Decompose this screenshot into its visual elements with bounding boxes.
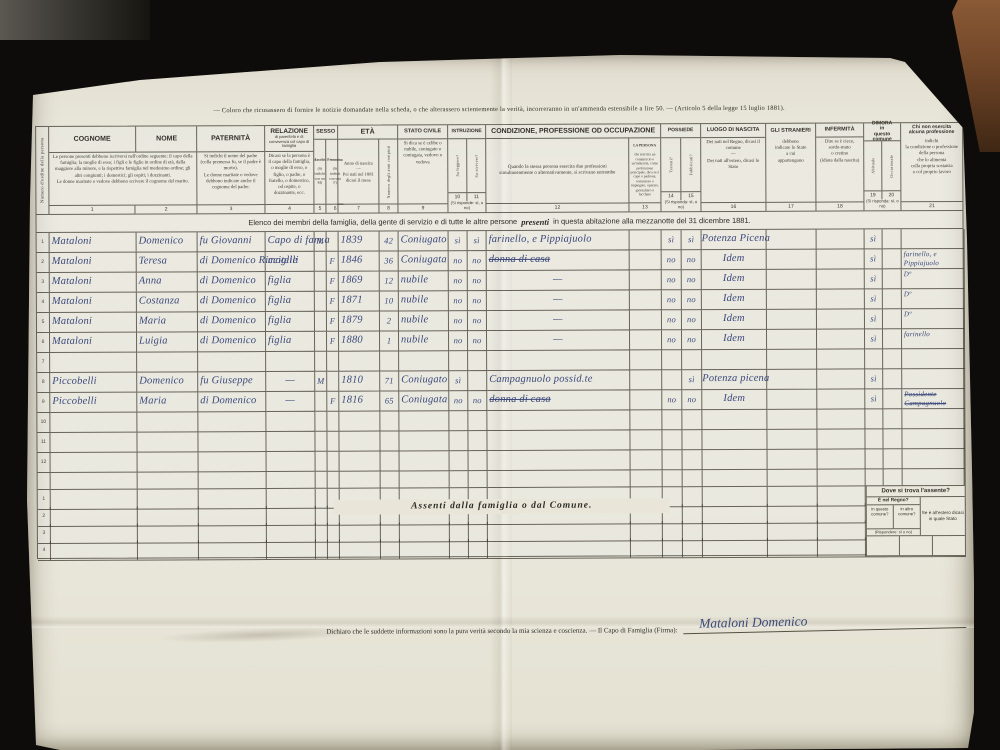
assenti-empty-cell <box>328 540 340 560</box>
sesso-maschio: Maschio (Si indichi con un M) 5 <box>314 140 326 213</box>
stranieri-desc: debbono indicare lo Stato a cui apparten… <box>766 138 815 202</box>
cell-scr <box>468 431 487 451</box>
cell-persona <box>630 350 662 370</box>
cell-cognome: Mataloni <box>50 233 137 253</box>
cell-m <box>315 432 327 452</box>
anni-label: Numero degli anni compiuti <box>379 139 397 203</box>
cell-luogo: Idem <box>702 290 767 310</box>
cell-relazione: figlia <box>266 312 315 332</box>
cell-n: 5 <box>37 313 50 333</box>
cell-anno <box>340 452 381 472</box>
col-header-numero: Numero d'ordine della persona <box>36 127 49 214</box>
cell-relazione: — <box>266 372 315 392</box>
istruzione-note: (Si risponde: sì, o no) <box>448 201 485 212</box>
cell-nome: Domenico <box>137 372 198 392</box>
cell-nome: Maria <box>137 392 198 412</box>
col-header-eta: ETÀ Anno di nascita — Pei nati nel 1881 … <box>338 125 398 212</box>
cell-f: F <box>327 272 339 292</box>
col-header-sesso: SESSO Maschio (Si indichi con un M) 5 Fe… <box>314 126 338 213</box>
assenti-empty-cell <box>488 470 631 488</box>
cell-fab <box>682 350 702 370</box>
cell-m <box>315 312 327 332</box>
cell-stran <box>767 290 817 310</box>
cell-luogo: Idem <box>702 310 767 330</box>
dove-empty-cells <box>867 535 965 555</box>
condizione-col12: Quando la stessa persona esercita due pr… <box>486 138 629 212</box>
assenti-empty-cell <box>631 538 663 558</box>
cell-luogo: Potenza Picena <box>702 230 767 250</box>
cell-n: 10 <box>37 413 50 433</box>
stato-desc: Si dica se è celibe o nubile, coniugato … <box>398 139 447 203</box>
head-of-family-signature: Mataloni Domenico <box>683 610 966 634</box>
cell-scr <box>469 451 488 471</box>
cell-leg: no <box>449 331 468 351</box>
cell-luogo <box>703 450 768 470</box>
assenti-empty-cell <box>316 540 328 560</box>
cell-inf <box>817 349 865 369</box>
cell-relazione <box>266 432 315 452</box>
cell-prof <box>487 410 630 431</box>
cell-cognome: Piccobelli <box>50 393 137 413</box>
cell-m <box>315 332 327 352</box>
cell-anno <box>339 412 380 432</box>
cell-paternita: di Domenico <box>198 332 266 352</box>
cell-ter <box>662 430 682 450</box>
cell-anni: 12 <box>380 271 399 291</box>
cell-anni <box>380 351 399 371</box>
assenti-empty-cell <box>340 540 381 560</box>
cell-inf <box>818 449 866 469</box>
cell-nome: Costanza <box>137 292 198 312</box>
cell-anni: 2 <box>380 311 399 331</box>
cell-chi <box>902 409 965 429</box>
scrivere-label: Sa scrivere? <box>467 139 485 192</box>
assenti-empty-cell <box>267 472 316 489</box>
col-header-relazione: RELAZIONE di parentela e di convivenza c… <box>265 126 314 213</box>
cell-chi: Dº <box>902 309 965 329</box>
form-content: — Coloro che ricusassero di fornire le n… <box>35 100 965 104</box>
cell-m <box>315 252 327 272</box>
cell-inf <box>817 329 865 349</box>
cell-scr: sì <box>468 231 487 251</box>
assenti-empty-cell <box>818 469 866 486</box>
cell-persona <box>630 230 662 250</box>
cell-dima <box>865 409 883 429</box>
cell-nome <box>137 412 198 432</box>
cell-fab <box>682 410 702 430</box>
luogo-desc: Dei nati nel Regno, dicasi il comune — D… <box>701 138 765 202</box>
assenti-row-number <box>38 473 51 490</box>
table-body: 1MataloniDomenicofu GiovanniCapo di fam.… <box>37 229 964 473</box>
cell-cognome: Mataloni <box>50 253 137 273</box>
cell-chi <box>902 369 965 389</box>
cell-luogo: Idem <box>702 390 767 410</box>
cell-nome: Domenico <box>137 232 198 252</box>
cell-dima: sì <box>865 329 883 349</box>
cell-n: 3 <box>37 273 50 293</box>
cell-cognome <box>51 453 138 473</box>
cell-relazione <box>266 352 315 372</box>
cell-cognome: Mataloni <box>50 273 137 293</box>
col-num-7: 7 <box>338 204 378 213</box>
assenti-empty-cell <box>768 538 818 558</box>
cell-dima <box>865 349 883 369</box>
cell-chi: Dº <box>902 289 965 309</box>
possiede-title: POSSIEDE <box>661 124 700 138</box>
cell-chi <box>902 229 965 249</box>
istruzione-scrivere: Sa scrivere? 11 <box>467 139 485 201</box>
cell-paternita: fu Giuseppe <box>198 372 266 392</box>
cell-persona <box>630 290 662 310</box>
cell-stran <box>767 270 817 290</box>
cell-inf <box>817 309 865 329</box>
occasionale-label: Occasionale <box>882 141 900 190</box>
cell-leg: no <box>449 251 468 271</box>
numero-label: Numero d'ordine della persona <box>36 127 48 214</box>
cognome-title: COGNOME <box>49 127 136 152</box>
cell-f: F <box>327 332 339 352</box>
assenti-empty-cell <box>866 469 884 486</box>
col-header-stato-civile: STATO CIVILE Si dica se è celibe o nubil… <box>398 125 448 212</box>
cell-prof: — <box>487 310 630 331</box>
cell-prof: donna di casa <box>487 250 630 271</box>
cell-scr: no <box>468 331 487 351</box>
cell-anni: 71 <box>380 371 399 391</box>
col-num-16: 16 <box>701 202 765 211</box>
cell-ter: no <box>662 250 682 270</box>
cell-inf <box>817 249 865 269</box>
cell-dimo <box>883 229 902 249</box>
col-num-17: 17 <box>766 202 815 211</box>
col-header-luogo: LUOGO DI NASCITA Dei nati nel Regno, dic… <box>701 124 766 211</box>
cell-f <box>327 232 339 252</box>
cell-persona <box>630 410 662 430</box>
cell-luogo: Potenza picena <box>702 370 767 390</box>
infermita-desc: Dire se è cieco, sordo-muto o cretino (i… <box>816 137 863 201</box>
anno-label: Anno di nascita — Pei nati nel 1881 dica… <box>338 140 378 204</box>
condizione-col13: LA PERSONA che esercita un commercio o u… <box>629 138 660 211</box>
cell-leg: no <box>449 391 468 411</box>
cell-cognome: Mataloni <box>50 333 137 353</box>
assenti-empty-cell <box>51 473 138 490</box>
cell-relazione: figlia <box>266 292 315 312</box>
cell-ter: no <box>662 390 682 410</box>
col-header-istruzione: ISTRUZIONE Sa leggere? 10 Sa scrivere? 1… <box>448 125 486 212</box>
cell-ter: no <box>662 290 682 310</box>
cell-anni <box>381 451 400 471</box>
cell-paternita <box>198 432 266 452</box>
cell-f <box>327 372 339 392</box>
cell-f: F <box>327 392 339 412</box>
cell-leg: sì <box>449 371 468 391</box>
cell-chi <box>902 429 965 449</box>
cell-stato: Coniugata <box>399 251 449 271</box>
possiede-terreni: Terreni? 14 <box>661 138 681 200</box>
cell-inf <box>817 289 865 309</box>
eta-anni: Numero degli anni compiuti 8 <box>379 139 397 212</box>
assenti-empty-cell <box>138 472 199 489</box>
col-num-13: 13 <box>629 202 660 211</box>
condizione-desc: Quando la stessa persona esercita due pr… <box>486 138 628 203</box>
cell-n: 4 <box>37 293 50 313</box>
condizione-title: CONDIZIONE, PROFESSIONE OD OCCUPAZIONE <box>486 124 660 139</box>
cell-dima: sì <box>865 369 883 389</box>
dove-box: Dove si trova l'assente? È nel Regno? in… <box>866 485 966 556</box>
cell-cognome <box>50 433 137 453</box>
assenti-empty-cell <box>703 470 768 487</box>
cell-leg <box>450 451 469 471</box>
cell-ter: no <box>662 310 682 330</box>
cell-prof: Campagnuolo possid.te <box>487 370 630 391</box>
cell-ter <box>662 410 682 430</box>
cell-prof: farinello, e Pippiajuolo <box>487 230 630 251</box>
cell-stato: nubile <box>399 311 449 331</box>
assenti-empty-cell <box>199 472 267 489</box>
cell-persona <box>630 430 662 450</box>
cell-fab: sì <box>682 230 702 250</box>
cell-dimo <box>883 369 902 389</box>
maschio-note: (Si indichi con un M) <box>315 167 326 185</box>
cognome-desc: Le persone presenti debbono iscriversi n… <box>49 152 196 205</box>
col-num-8: 8 <box>379 203 397 212</box>
dimora-occasionale: Occasionale 20 <box>882 141 900 199</box>
cell-chi <box>903 449 966 469</box>
cell-paternita: di Domenico <box>198 292 266 312</box>
cell-fab: no <box>682 250 702 270</box>
col-num-1: 1 <box>49 206 135 214</box>
sesso-title: SESSO <box>314 126 337 140</box>
cell-f: F <box>327 292 339 312</box>
background-cloth <box>0 0 150 40</box>
cell-dima: sì <box>865 289 883 309</box>
assenti-empty-cell <box>631 470 663 487</box>
cell-anno: 1879 <box>339 312 380 332</box>
cell-scr: no <box>468 271 487 291</box>
cell-stran <box>767 370 817 390</box>
col-num-12: 12 <box>486 202 628 212</box>
cell-persona <box>630 270 662 290</box>
cell-chi: farinello, e Pippiajuolo <box>902 249 965 269</box>
cell-n: 11 <box>37 433 50 453</box>
cell-anni <box>380 431 399 451</box>
cell-paternita <box>198 412 266 432</box>
col-num-21: 21 <box>901 201 962 210</box>
cell-m <box>315 272 327 292</box>
cell-inf <box>817 369 865 389</box>
cell-stato: Coniugato <box>399 231 449 251</box>
cell-f: F <box>327 312 339 332</box>
cell-chi: Dº <box>902 269 965 289</box>
cell-stato: nubile <box>399 291 449 311</box>
assenti-empty-cell <box>703 538 768 558</box>
cell-m <box>316 452 328 472</box>
cell-relazione: figlia <box>266 332 315 352</box>
cell-stato <box>399 411 449 431</box>
cell-m <box>315 392 327 412</box>
cell-anno: 1816 <box>339 392 380 412</box>
cell-dima: sì <box>865 309 883 329</box>
cell-stato <box>399 431 449 451</box>
cell-dimo <box>883 389 902 409</box>
cell-persona <box>630 390 662 410</box>
col-num-4: 4 <box>265 204 313 213</box>
cell-inf <box>817 389 865 409</box>
cell-f <box>327 412 339 432</box>
cell-anni: 36 <box>380 251 399 271</box>
cell-f <box>328 452 340 472</box>
cell-dimo <box>883 409 902 429</box>
cell-paternita: di Domenico Riccitelli <box>198 252 266 272</box>
cell-relazione: — <box>266 392 315 412</box>
elenco-post: in questa abitazione alla mezzanotte del… <box>553 216 751 226</box>
col-num-2: 2 <box>136 205 197 213</box>
col-header-stranieri: GLI STRANIERI debbono indicare lo Stato … <box>766 124 816 211</box>
chi-desc: indichi la condizione o professione dell… <box>901 137 962 201</box>
cell-m: M <box>315 232 327 252</box>
cell-fab: no <box>682 330 702 350</box>
dove-estero-label: Se è all'estero dicasi in quale Stato <box>921 497 965 535</box>
paternita-desc: Si indichi il nome del padre (colla prem… <box>197 152 264 204</box>
stranieri-title: GLI STRANIERI <box>766 124 815 138</box>
cell-dimo <box>883 249 902 269</box>
cell-dimo <box>884 449 903 469</box>
cell-m <box>315 352 327 372</box>
cell-prof: — <box>487 270 630 291</box>
cell-fab: sì <box>682 370 702 390</box>
cell-luogo: Idem <box>702 250 767 270</box>
col-num-9: 9 <box>398 203 447 212</box>
cell-m: M <box>315 372 327 392</box>
cell-ter <box>663 450 683 470</box>
cell-dima: sì <box>865 389 883 409</box>
cell-n: 12 <box>38 453 51 473</box>
cell-n: 1 <box>37 233 50 253</box>
cell-dimo <box>883 349 902 369</box>
eta-anno: Anno di nascita — Pei nati nel 1881 dica… <box>338 140 379 213</box>
cell-prof <box>487 430 630 451</box>
col-header-infermita: INFERMITÀ Dire se è cieco, sordo-muto o … <box>816 123 864 210</box>
cell-inf <box>817 429 865 449</box>
cell-anno: 1869 <box>339 272 380 292</box>
cell-luogo: Idem <box>702 330 767 350</box>
cell-anno <box>339 432 380 452</box>
dove-regno-label: È nel Regno? <box>867 497 920 505</box>
infermita-title: INFERMITÀ <box>816 123 863 137</box>
cell-leg: no <box>449 291 468 311</box>
col-num-5: 5 <box>314 204 325 213</box>
leggere-label: Sa leggere? <box>448 139 466 192</box>
terreni-label: Terreni? <box>661 138 680 191</box>
cell-luogo <box>702 350 767 370</box>
cell-dimo <box>883 289 902 309</box>
cell-fab <box>683 450 703 470</box>
cell-leg <box>449 351 468 371</box>
cell-persona <box>631 450 663 470</box>
chi-title: Chi non esercita alcuna professione <box>901 123 962 137</box>
cell-anni <box>380 411 399 431</box>
cell-leg: no <box>449 271 468 291</box>
cell-stran <box>767 410 817 430</box>
cell-paternita: di Domenico <box>198 272 266 292</box>
assenti-empty-cell <box>884 469 903 486</box>
cell-nome <box>137 352 198 372</box>
cell-fab: no <box>682 310 702 330</box>
cell-scr <box>468 411 487 431</box>
cell-n: 8 <box>37 373 50 393</box>
cell-luogo: Idem <box>702 270 767 290</box>
cell-relazione: Capo di fam.a <box>266 232 315 252</box>
istruzione-title: ISTRUZIONE <box>448 125 485 139</box>
persona-title: LA PERSONA <box>633 143 656 147</box>
cell-leg: sì <box>449 231 468 251</box>
cell-paternita: di Domenico <box>198 312 266 332</box>
col-header-cognome-nome: COGNOME NOME Le persone presenti debbono… <box>49 126 197 214</box>
possiede-fabbricati: Fabbricati? 15 <box>681 138 700 200</box>
assenti-empty-cell <box>267 540 316 560</box>
assenti-row: 4 <box>38 537 964 558</box>
cell-relazione: figlia <box>266 272 315 292</box>
cell-stran <box>767 310 817 330</box>
assenti-empty-cell <box>199 540 267 560</box>
cell-anni: 10 <box>380 291 399 311</box>
cell-prof: — <box>487 330 630 351</box>
cell-leg: no <box>449 311 468 331</box>
cell-f: F <box>327 252 339 272</box>
dove-questo-comune: in questo comune? <box>867 505 894 528</box>
col-header-condizione: CONDIZIONE, PROFESSIONE OD OCCUPAZIONE Q… <box>486 124 661 212</box>
cell-nome: Teresa <box>137 252 198 272</box>
istruzione-leggere: Sa leggere? 10 <box>448 139 467 201</box>
cell-paternita: fu Giovanni <box>198 232 266 252</box>
assenti-empty-cell <box>400 471 450 488</box>
assenti-empty-cell <box>328 472 340 489</box>
cell-paternita <box>198 352 266 372</box>
cell-stato: Coniugato <box>399 371 449 391</box>
col-header-dimora: DIMORA in questo comune Abituale 19 Occa… <box>864 123 901 210</box>
cell-persona <box>630 330 662 350</box>
assenti-empty-cell <box>469 539 488 559</box>
relazione-sub: di parentela e di convivenza col capo di… <box>265 135 313 150</box>
assenti-empty-cell <box>316 472 328 489</box>
cell-nome <box>138 452 199 472</box>
cell-ter <box>662 350 682 370</box>
nome-title: NOME <box>136 126 197 151</box>
cell-chi <box>902 349 965 369</box>
cell-stran <box>767 350 817 370</box>
cell-anno: 1846 <box>339 252 380 272</box>
col-header-chi-non-esercita: Chi non esercita alcuna professione indi… <box>901 123 962 210</box>
cell-n: 6 <box>37 333 50 353</box>
cell-nome: Anna <box>137 272 198 292</box>
cell-stran <box>767 330 817 350</box>
assenti-empty-cell <box>51 541 138 561</box>
cell-prof <box>487 350 630 371</box>
cell-inf <box>817 409 865 429</box>
cell-stran <box>767 390 817 410</box>
cell-cognome <box>50 413 137 433</box>
cell-m <box>315 412 327 432</box>
dove-regno-section: È nel Regno? in questo comune? in altro … <box>867 497 921 535</box>
col-header-paternita: PATERNITÀ Si indichi il nome del padre (… <box>197 126 265 213</box>
cell-fab: no <box>682 390 702 410</box>
cell-scr <box>468 351 487 371</box>
cell-relazione: moglie <box>266 252 315 272</box>
cell-fab: no <box>682 290 702 310</box>
legal-warning-line: — Coloro che ricusassero di fornire le n… <box>35 104 963 115</box>
cell-fab: no <box>682 270 702 290</box>
cell-n: 7 <box>37 353 50 373</box>
cell-ter: no <box>662 270 682 290</box>
